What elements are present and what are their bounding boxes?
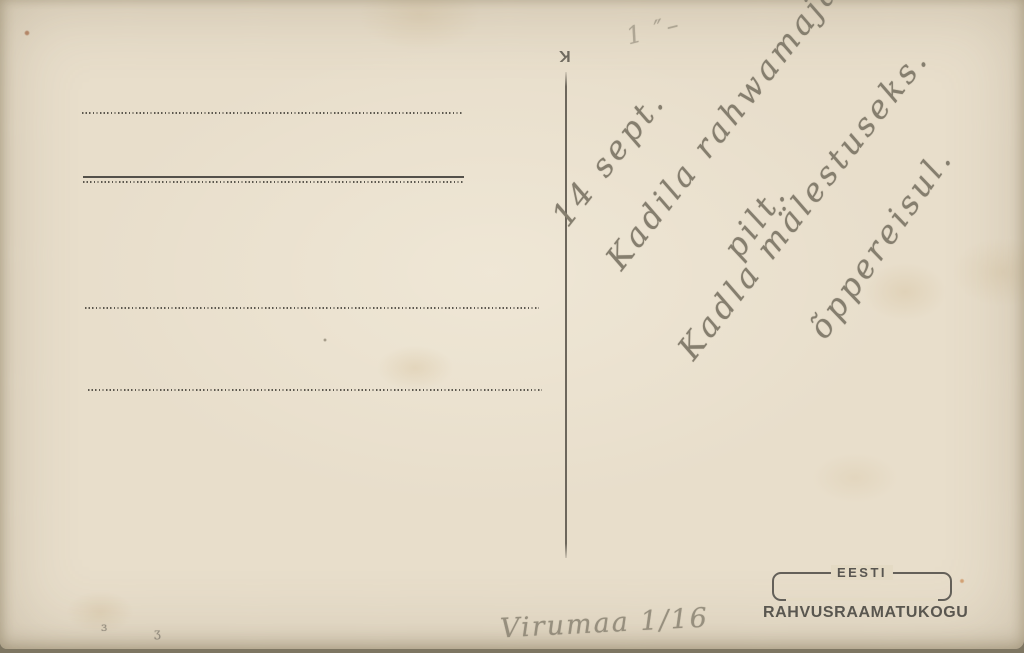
address-line-4 xyxy=(88,389,542,391)
stamp-frame: EESTI xyxy=(772,572,952,601)
archive-note: Virumaa 1/16 xyxy=(499,603,709,645)
address-line-3 xyxy=(85,307,539,309)
stamp-country-label: EESTI xyxy=(831,565,893,580)
stray-mark-2: ʒ xyxy=(154,626,161,640)
divider-line xyxy=(565,72,567,558)
address-line-2-solid xyxy=(83,176,464,178)
printer-mark-k: K xyxy=(559,46,571,64)
pencil-price-note: 1 ″– xyxy=(623,10,684,51)
library-stamp: EESTI RAHVUSRAAMATUKOGU xyxy=(763,572,961,622)
stray-mark-1: ɜ xyxy=(101,620,107,634)
postcard-scan: K 1 ″– 14 sept. Kadila rahwamaja. pilt. … xyxy=(0,0,1024,649)
address-line-2-dotted xyxy=(83,181,464,183)
address-line-1 xyxy=(82,112,462,114)
stamp-institution-label: RAHVUSRAAMATUKOGU xyxy=(763,604,961,622)
